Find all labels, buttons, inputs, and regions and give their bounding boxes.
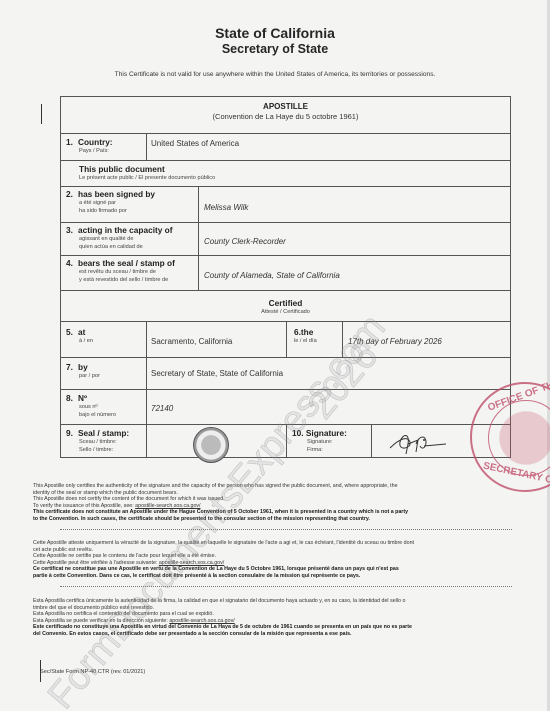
country-label: 1.Country: Pays / País: [66,137,113,155]
at-value: Sacramento, California [151,337,232,346]
at-label: 5.at à / en [66,327,93,345]
convention-line: (Convention de La Haye du 5 octobre 1961… [61,112,510,121]
state-seal-stamp [193,427,229,463]
form-identifier: Sec/State Form NP-40 CTR (rev. 01/2021) [40,669,145,675]
margin-mark [41,104,42,124]
signed-by-value: Melissa Wilk [204,203,248,212]
validity-notice: This Certificate is not valid for use an… [0,71,550,78]
seal-of-label: 4.bears the seal / stamp of est revêtu d… [66,258,175,284]
office-subtitle: Secretary of State [0,42,550,56]
by-label: 7.by par / por [66,362,100,380]
state-title: State of California [0,25,550,41]
by-value: Secretary of State, State of California [151,369,283,378]
capacity-label: 3.acting in the capacity of agissant en … [66,225,173,251]
country-value: United States of America [151,139,239,148]
seal-stamp-label: 9.Seal / stamp: Sceau / timbre: Sello / … [66,428,129,454]
notes-french: Cette Apostille atteste uniquement la vé… [33,540,518,580]
verify-link-en[interactable]: apostille-search.sos.ca.gov/ [135,503,200,509]
apostille-heading: APOSTILLE [61,102,510,111]
certified-heading: Certified Attesté / Certificado [61,298,510,316]
notes-english: This Apostille only certifies the authen… [33,483,518,523]
apostille-certificate-page: State of California Secretary of State T… [0,0,550,711]
verify-link-es[interactable]: apostille-search.sos.ca.gov/ [169,618,234,624]
divider [60,586,512,587]
signature-scribble [386,430,456,456]
apostille-table: APOSTILLE (Convention de La Haye du 5 oc… [60,96,511,458]
verify-link-fr[interactable]: apostille-search.sos.ca.gov/ [159,560,224,566]
date-value: 17th day of February 2026 [348,337,442,346]
number-label: 8.Nº sous nº bajo el número [66,393,116,419]
public-document-label: This public document Le présent acte pub… [66,164,215,182]
seal-of-value: County of Alameda, State of California [204,271,340,280]
number-value: 72140 [151,404,173,413]
signature-label: 10. Signature: Signature: Firma: [292,428,347,454]
signed-by-label: 2.has been signed by a été signé par ha … [66,189,155,215]
divider [60,529,512,530]
date-label: 6.the le / el día [294,327,317,345]
capacity-value: County Clerk-Recorder [204,237,286,246]
notes-spanish: Esta Apostilla certifica únicamente la a… [33,598,518,638]
